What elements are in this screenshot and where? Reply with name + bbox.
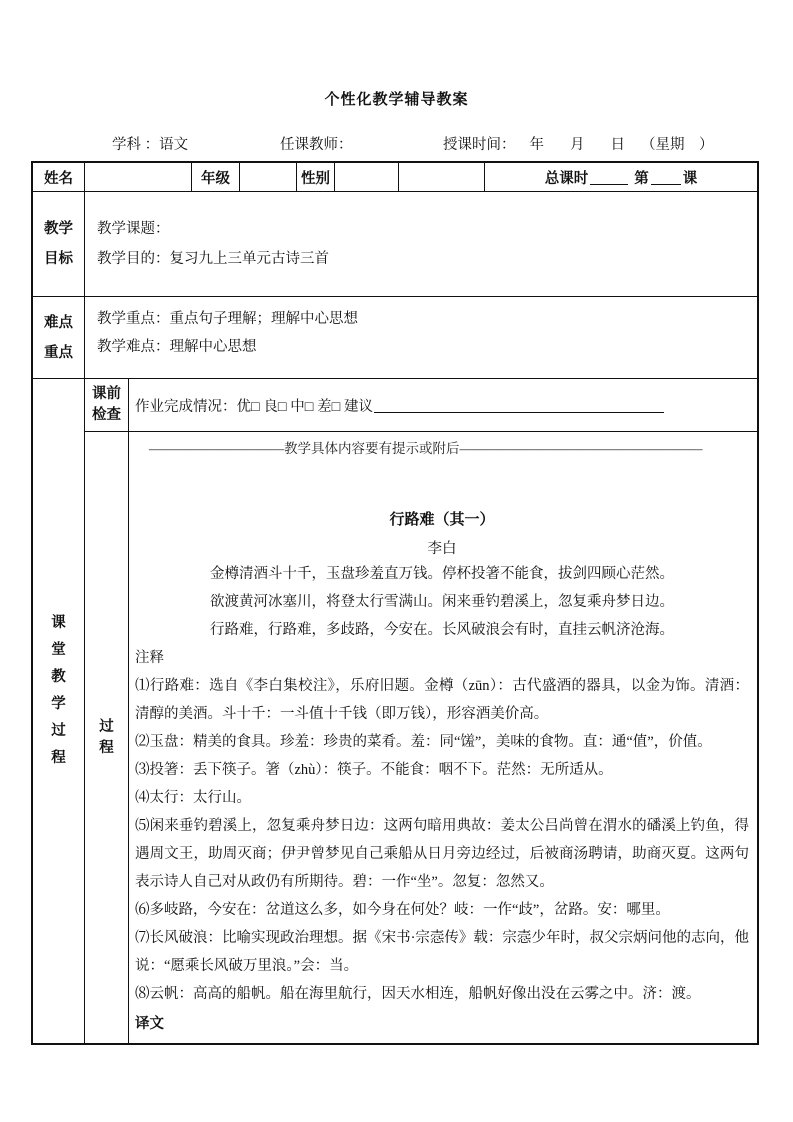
precheck-label-line1: 课前 — [92, 384, 121, 405]
poem-line: 金樽清酒斗十千，玉盘珍羞直万钱。停杯投箸不能食，拔剑四顾心茫然。 — [135, 560, 749, 588]
poem-line: 行路难，行路难，多歧路，今安在。长风破浪会有时，直挂云帆济沧海。 — [135, 616, 749, 644]
lesson-plan-table: 姓名 年级 性别 总课时 第 课 教学 目标 教学课题： 教学目的：复 — [31, 161, 759, 1045]
translation-title: 译文 — [135, 1012, 749, 1036]
document-page: 个性化教学辅导教案 学科 ：语文 任课教师： 授课时间：年月日（星期 ） 姓名 … — [0, 0, 793, 1122]
page-title: 个性化教学辅导教案 — [0, 88, 793, 109]
process-content-column: 作业完成情况：优□ 良□ 中□ 差□ 建议 ——————————教学具体内容要有… — [129, 379, 757, 1043]
homework-check-row: 作业完成情况：优□ 良□ 中□ 差□ 建议 — [129, 379, 757, 432]
steps-label-line1: 过 — [99, 717, 114, 738]
note-item: ⑵玉盘：精美的食具。珍羞：珍贵的菜肴。羞：同“馐”，美味的食物。直：通“值”，价… — [135, 728, 749, 756]
time-prefix: 授课时间： — [443, 137, 516, 153]
lesson-topic-text: 教学课题： — [97, 214, 747, 244]
lesson-number-prefix: 第 — [634, 167, 649, 188]
precheck-label: 课前 检查 — [85, 379, 128, 432]
classroom-process-row: 课 堂 教 学 过 程 课前 检查 过 程 作业完成情况：优□ 良□ — [33, 379, 757, 1043]
difficulty-row: 难点 重点 教学重点：重点句子理解；理解中心思想 教学难点：理解中心思想 — [33, 297, 757, 379]
suggestion-blank-line[interactable] — [374, 397, 664, 413]
name-input-cell[interactable] — [85, 163, 192, 192]
content-separator: ——————————教学具体内容要有提示或附后—————————————————… — [135, 438, 749, 460]
note-item: ⑷太行：太行山。 — [135, 784, 749, 812]
process-char-4: 学 — [51, 691, 66, 718]
extra-blank-cell[interactable] — [399, 163, 485, 192]
lesson-number-suffix: 课 — [683, 167, 698, 188]
notes-title: 注释 — [135, 644, 749, 672]
precheck-label-line2: 检查 — [92, 405, 121, 426]
month-label: 月 — [570, 137, 585, 153]
process-char-2: 堂 — [51, 637, 66, 664]
gender-input-cell[interactable] — [335, 163, 399, 192]
year-label: 年 — [530, 137, 545, 153]
subject-label: 学科 ：语文 — [112, 133, 188, 154]
class-time-label[interactable]: 授课时间：年月日（星期 ） — [443, 133, 714, 154]
total-hours-cell: 总课时 第 课 — [485, 163, 757, 192]
name-label: 姓名 — [33, 163, 85, 192]
difficulty-content[interactable]: 教学重点：重点句子理解；理解中心思想 教学难点：理解中心思想 — [85, 297, 757, 379]
note-item: ⑻云帆：高高的船帆。船在海里航行，因天水相连，船帆好像出没在云雾之中。济：渡。 — [135, 980, 749, 1008]
process-char-5: 过 — [51, 718, 66, 745]
goals-label-line2: 目标 — [44, 244, 73, 274]
separator-dashes-right: —————————————————— — [460, 441, 703, 456]
note-item: ⑴行路难：选自《李白集校注》，乐府旧题。金樽（zūn）：古代盛酒的器具，以金为饰… — [135, 672, 749, 728]
lesson-number-blank[interactable] — [651, 169, 681, 185]
homework-status-text[interactable]: 作业完成情况：优□ 良□ 中□ 差□ 建议 — [135, 395, 373, 416]
separator-dashes-left: —————————— — [149, 441, 284, 456]
process-steps-label: 过 程 — [85, 432, 128, 1043]
teacher-label[interactable]: 任课教师： — [280, 133, 353, 154]
goals-label-line1: 教学 — [44, 214, 73, 244]
steps-label-line2: 程 — [99, 738, 114, 759]
gender-label: 性别 — [297, 163, 335, 192]
difficult-points-text: 教学难点：理解中心思想 — [97, 333, 747, 361]
note-item: ⑶投箸：丢下筷子。箸（zhù）：筷子。不能食：咽不下。茫然：无所适从。 — [135, 756, 749, 784]
lesson-content-area[interactable]: ——————————教学具体内容要有提示或附后—————————————————… — [129, 432, 757, 1043]
teaching-goals-label: 教学 目标 — [33, 192, 85, 297]
day-label: 日 — [611, 137, 626, 153]
difficulty-label: 难点 重点 — [33, 297, 85, 379]
difficulty-label-line1: 难点 — [44, 308, 73, 338]
student-info-row: 姓名 年级 性别 总课时 第 课 — [33, 163, 757, 192]
note-item: ⑸闲来垂钓碧溪上，忽复乘舟梦日边：这两句暗用典故：姜太公吕尚曾在渭水的磻溪上钓鱼… — [135, 812, 749, 896]
poem-author: 李白 — [135, 538, 749, 560]
grade-input-cell[interactable] — [240, 163, 297, 192]
classroom-process-label: 课 堂 教 学 过 程 — [33, 379, 85, 1043]
grade-label: 年级 — [192, 163, 240, 192]
poem-line: 欲渡黄河冰塞川，将登太行雪满山。闲来垂钓碧溪上，忽复乘舟梦日边。 — [135, 588, 749, 616]
header-info-line: 学科 ：语文 任课教师： 授课时间：年月日（星期 ） — [0, 133, 793, 153]
note-item: ⑺长风破浪：比喻实现政治理想。据《宋书·宗悫传》载：宗悫少年时，叔父宗炳问他的志… — [135, 924, 749, 980]
difficulty-label-line2: 重点 — [44, 338, 73, 368]
key-points-text: 教学重点：重点句子理解；理解中心思想 — [97, 305, 747, 333]
separator-text: 教学具体内容要有提示或附后 — [284, 441, 460, 456]
process-char-6: 程 — [51, 745, 66, 772]
teaching-goals-row: 教学 目标 教学课题： 教学目的：复习九上三单元古诗三首 — [33, 192, 757, 297]
lesson-purpose-text: 教学目的：复习九上三单元古诗三首 — [97, 244, 747, 274]
process-sub-label-column: 课前 检查 过 程 — [85, 379, 129, 1043]
process-char-1: 课 — [51, 610, 66, 637]
total-hours-label: 总课时 — [545, 167, 589, 188]
weekday-label: （星期 ） — [641, 137, 714, 153]
process-char-3: 教 — [51, 664, 66, 691]
poem-title: 行路难（其一） — [135, 508, 749, 532]
teaching-goals-content[interactable]: 教学课题： 教学目的：复习九上三单元古诗三首 — [85, 192, 757, 297]
total-hours-blank[interactable] — [590, 169, 628, 185]
note-item: ⑹多岐路，今安在：岔道这么多，如今身在何处？岐：一作“歧”，岔路。安：哪里。 — [135, 896, 749, 924]
